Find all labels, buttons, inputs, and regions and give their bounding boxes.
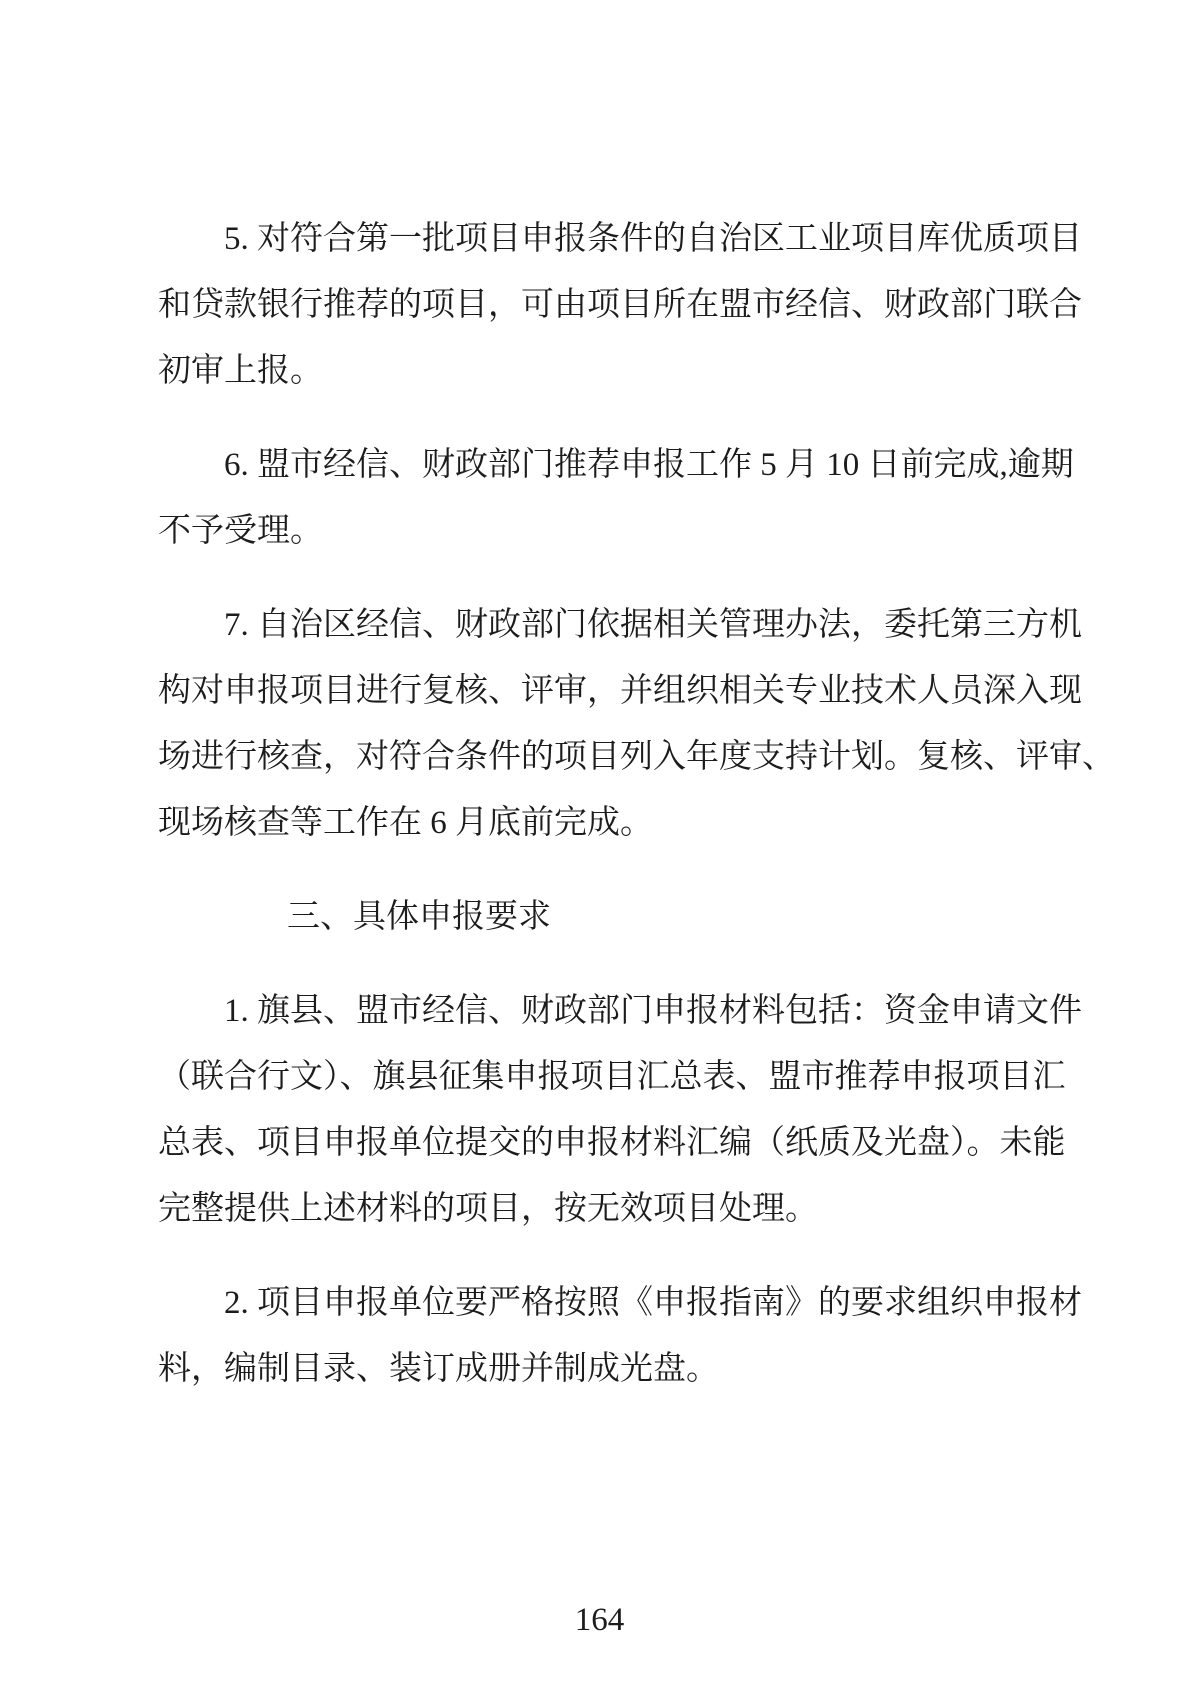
text-line: 构对申报项目进行复核、评审，并组织相关专业技术人员深入现 (158, 658, 1058, 724)
paragraph-1: 1. 旗县、盟市经信、财政部门申报材料包括：资金申请文件 （联合行文）、旗县征集… (158, 978, 1058, 1242)
document-body: 5. 对符合第一批项目申报条件的自治区工业项目库优质项目 和贷款银行推荐的项目，… (158, 206, 1058, 1402)
page-number: 164 (575, 1602, 625, 1638)
paragraph-2: 2. 项目申报单位要严格按照《申报指南》的要求组织申报材 料，编制目录、装订成册… (158, 1270, 1058, 1402)
text-line: 2. 项目申报单位要严格按照《申报指南》的要求组织申报材 (158, 1270, 1058, 1336)
page-footer: 164 (0, 1604, 1199, 1637)
text-line: 完整提供上述材料的项目，按无效项目处理。 (158, 1176, 1058, 1242)
document-page: 5. 对符合第一批项目申报条件的自治区工业项目库优质项目 和贷款银行推荐的项目，… (0, 0, 1199, 1694)
text-line: 1. 旗县、盟市经信、财政部门申报材料包括：资金申请文件 (158, 978, 1058, 1044)
text-line: 初审上报。 (158, 338, 1058, 404)
text-line: 总表、项目申报单位提交的申报材料汇编（纸质及光盘）。未能 (158, 1110, 1058, 1176)
paragraph-7: 7. 自治区经信、财政部门依据相关管理办法，委托第三方机 构对申报项目进行复核、… (158, 592, 1058, 856)
text-line: 7. 自治区经信、财政部门依据相关管理办法，委托第三方机 (158, 592, 1058, 658)
section-heading-text: 三、具体申报要求 (158, 884, 1058, 950)
text-line: 5. 对符合第一批项目申报条件的自治区工业项目库优质项目 (158, 206, 1058, 272)
paragraph-5: 5. 对符合第一批项目申报条件的自治区工业项目库优质项目 和贷款银行推荐的项目，… (158, 206, 1058, 404)
text-line: （联合行文）、旗县征集申报项目汇总表、盟市推荐申报项目汇 (158, 1044, 1058, 1110)
text-line: 料，编制目录、装订成册并制成光盘。 (158, 1336, 1058, 1402)
text-line: 和贷款银行推荐的项目，可由项目所在盟市经信、财政部门联合 (158, 272, 1058, 338)
text-line: 现场核查等工作在 6 月底前完成。 (158, 790, 1058, 856)
paragraph-6: 6. 盟市经信、财政部门推荐申报工作 5 月 10 日前完成,逾期 不予受理。 (158, 432, 1058, 564)
text-line: 场进行核查，对符合条件的项目列入年度支持计划。复核、评审、 (158, 724, 1058, 790)
text-line: 不予受理。 (158, 498, 1058, 564)
section-heading: 三、具体申报要求 (158, 884, 1058, 950)
text-line: 6. 盟市经信、财政部门推荐申报工作 5 月 10 日前完成,逾期 (158, 432, 1058, 498)
